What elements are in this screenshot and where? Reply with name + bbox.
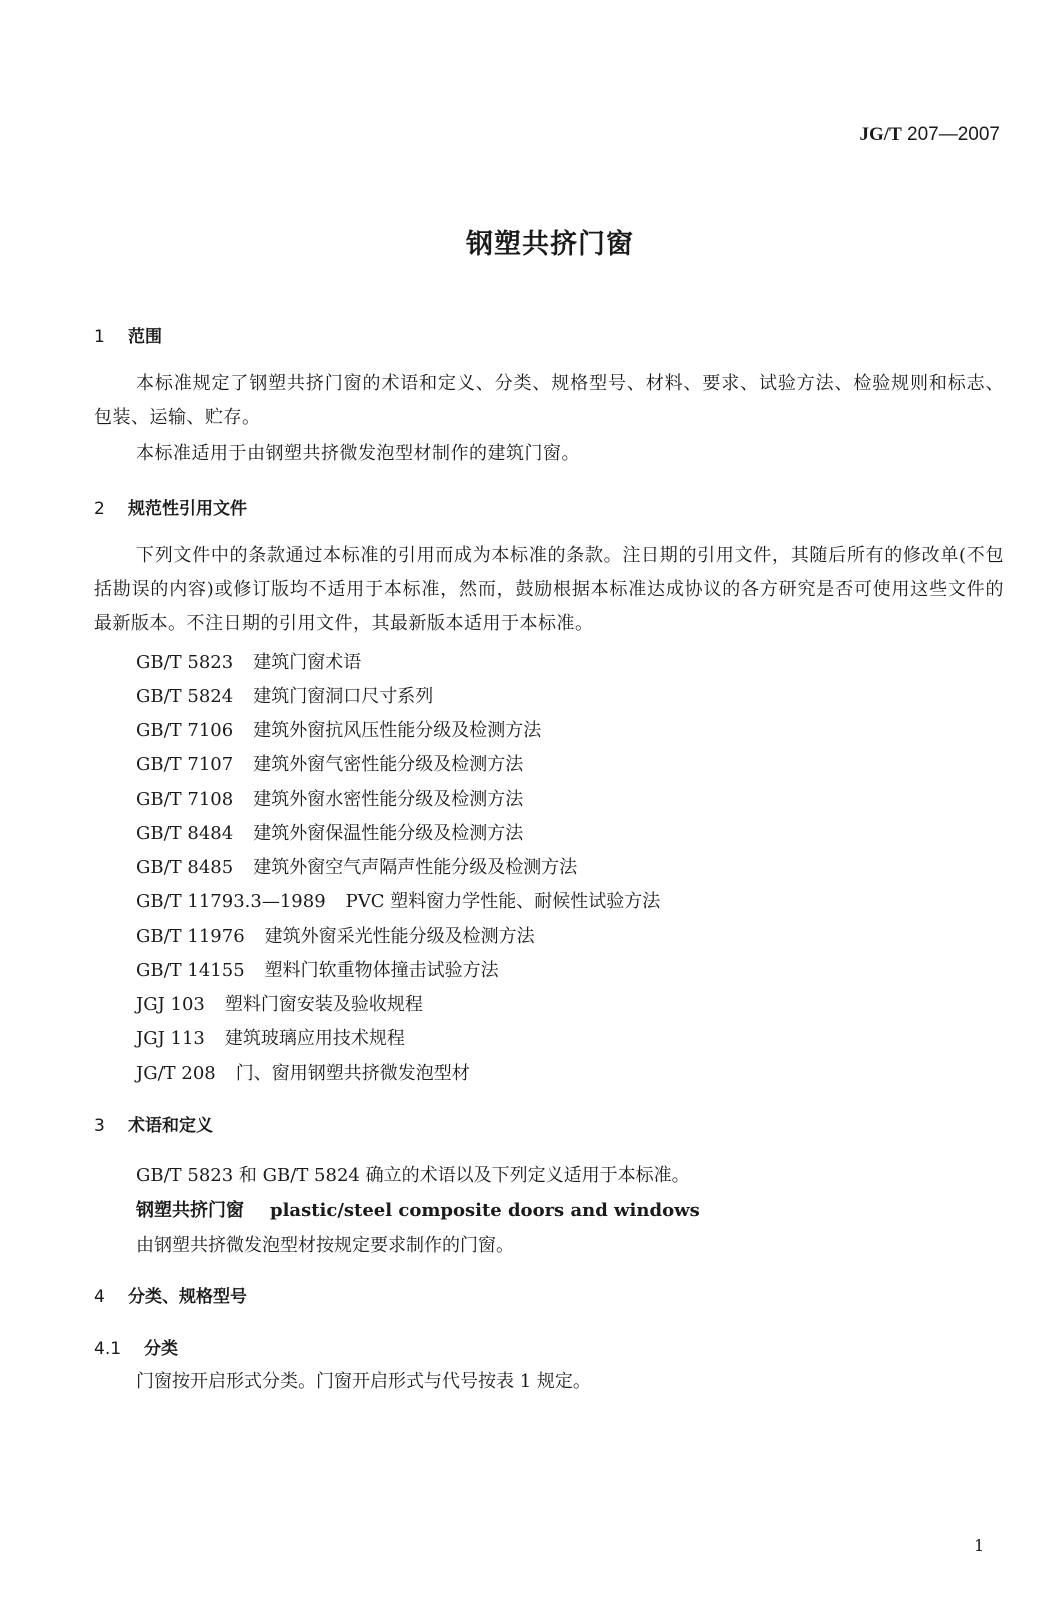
- standard-number: JG/T 207—2007: [860, 124, 1000, 146]
- reference-item: GB/T 7108建筑外窗水密性能分级及检测方法: [136, 785, 523, 811]
- reference-title: 建筑门窗洞口尺寸系列: [253, 686, 433, 707]
- section-number: 2: [94, 499, 128, 519]
- reference-item: GB/T 7106建筑外窗抗风压性能分级及检测方法: [136, 716, 541, 742]
- section-1-heading: 1范围: [94, 322, 162, 347]
- reference-item: JGJ 103塑料门窗安装及验收规程: [136, 990, 423, 1016]
- section-title: 范围: [128, 327, 162, 347]
- reference-title: 门、窗用钢塑共挤微发泡型材: [236, 1063, 470, 1084]
- reference-code: GB/T 7106: [136, 720, 233, 741]
- reference-code: GB/T 7107: [136, 754, 233, 775]
- reference-code: JGJ 103: [136, 994, 205, 1015]
- reference-item: GB/T 7107建筑外窗气密性能分级及检测方法: [136, 750, 523, 776]
- subsection-number: 4.1: [94, 1339, 144, 1359]
- subsection-title: 分类: [144, 1339, 178, 1359]
- reference-code: GB/T 5823: [136, 652, 233, 673]
- reference-title: PVC 塑料窗力学性能、耐候性试验方法: [346, 891, 661, 912]
- reference-code: GB/T 14155: [136, 960, 245, 981]
- section-4-heading: 4分类、规格型号: [94, 1282, 247, 1307]
- reference-title: 建筑外窗水密性能分级及检测方法: [253, 789, 523, 810]
- reference-title: 建筑外窗空气声隔声性能分级及检测方法: [253, 857, 577, 878]
- reference-item: JGJ 113建筑玻璃应用技术规程: [136, 1024, 405, 1050]
- reference-title: 建筑玻璃应用技术规程: [225, 1028, 405, 1049]
- reference-title: 建筑外窗保温性能分级及检测方法: [253, 823, 523, 844]
- section-2-paragraph-1: 下列文件中的条款通过本标准的引用而成为本标准的条款。注日期的引用文件，其随后所有…: [94, 539, 1004, 641]
- section-2-heading: 2规范性引用文件: [94, 494, 247, 519]
- reference-title: 塑料门窗安装及验收规程: [225, 994, 423, 1015]
- section-title: 分类、规格型号: [128, 1287, 247, 1307]
- term-chinese: 钢塑共挤门窗: [136, 1200, 244, 1221]
- standard-code: 207—2007: [907, 124, 1000, 145]
- section-title: 规范性引用文件: [128, 499, 247, 519]
- reference-code: GB/T 11793.3—1989: [136, 891, 326, 912]
- reference-code: GB/T 8485: [136, 857, 233, 878]
- reference-item: GB/T 5823建筑门窗术语: [136, 648, 361, 674]
- document-page: JG/T 207—2007 钢塑共挤门窗 1范围 本标准规定了钢塑共挤门窗的术语…: [0, 0, 1054, 1604]
- reference-item: GB/T 11793.3—1989PVC 塑料窗力学性能、耐候性试验方法: [136, 887, 660, 913]
- document-title: 钢塑共挤门窗: [0, 222, 1054, 261]
- reference-title: 建筑外窗抗风压性能分级及检测方法: [253, 720, 541, 741]
- reference-title: 建筑门窗术语: [253, 652, 361, 673]
- subsection-4-1-heading: 4.1分类: [94, 1334, 178, 1359]
- reference-code: JGJ 113: [136, 1028, 205, 1049]
- reference-item: GB/T 14155塑料门软重物体撞击试验方法: [136, 956, 499, 982]
- reference-code: GB/T 5824: [136, 686, 233, 707]
- section-1-paragraph-2: 本标准适用于由钢塑共挤微发泡型材制作的建筑门窗。: [94, 437, 1004, 471]
- section-title: 术语和定义: [128, 1116, 213, 1136]
- section-number: 4: [94, 1287, 128, 1307]
- term-english: plastic/steel composite doors and window…: [270, 1200, 700, 1221]
- reference-item: GB/T 5824建筑门窗洞口尺寸系列: [136, 682, 433, 708]
- term-definition: 由钢塑共挤微发泡型材按规定要求制作的门窗。: [136, 1231, 514, 1257]
- section-1-paragraph-1: 本标准规定了钢塑共挤门窗的术语和定义、分类、规格型号、材料、要求、试验方法、检验…: [94, 367, 1004, 435]
- reference-item: GB/T 8484建筑外窗保温性能分级及检测方法: [136, 819, 523, 845]
- reference-code: JG/T 208: [136, 1063, 216, 1084]
- section-number: 1: [94, 327, 128, 347]
- reference-title: 塑料门软重物体撞击试验方法: [265, 960, 499, 981]
- term-entry: 钢塑共挤门窗plastic/steel composite doors and …: [136, 1196, 700, 1222]
- standard-prefix: JG/T: [860, 124, 902, 145]
- reference-item: GB/T 11976建筑外窗采光性能分级及检测方法: [136, 922, 535, 948]
- section-3-heading: 3术语和定义: [94, 1111, 213, 1136]
- reference-title: 建筑外窗采光性能分级及检测方法: [265, 926, 535, 947]
- reference-code: GB/T 11976: [136, 926, 245, 947]
- reference-item: JG/T 208门、窗用钢塑共挤微发泡型材: [136, 1059, 470, 1085]
- reference-code: GB/T 8484: [136, 823, 233, 844]
- reference-title: 建筑外窗气密性能分级及检测方法: [253, 754, 523, 775]
- reference-code: GB/T 7108: [136, 789, 233, 810]
- page-number: 1: [974, 1536, 984, 1555]
- section-3-paragraph-1: GB/T 5823 和 GB/T 5824 确立的术语以及下列定义适用于本标准。: [136, 1161, 690, 1187]
- reference-item: GB/T 8485建筑外窗空气声隔声性能分级及检测方法: [136, 853, 577, 879]
- subsection-4-1-paragraph: 门窗按开启形式分类。门窗开启形式与代号按表 1 规定。: [136, 1367, 591, 1393]
- section-number: 3: [94, 1116, 128, 1136]
